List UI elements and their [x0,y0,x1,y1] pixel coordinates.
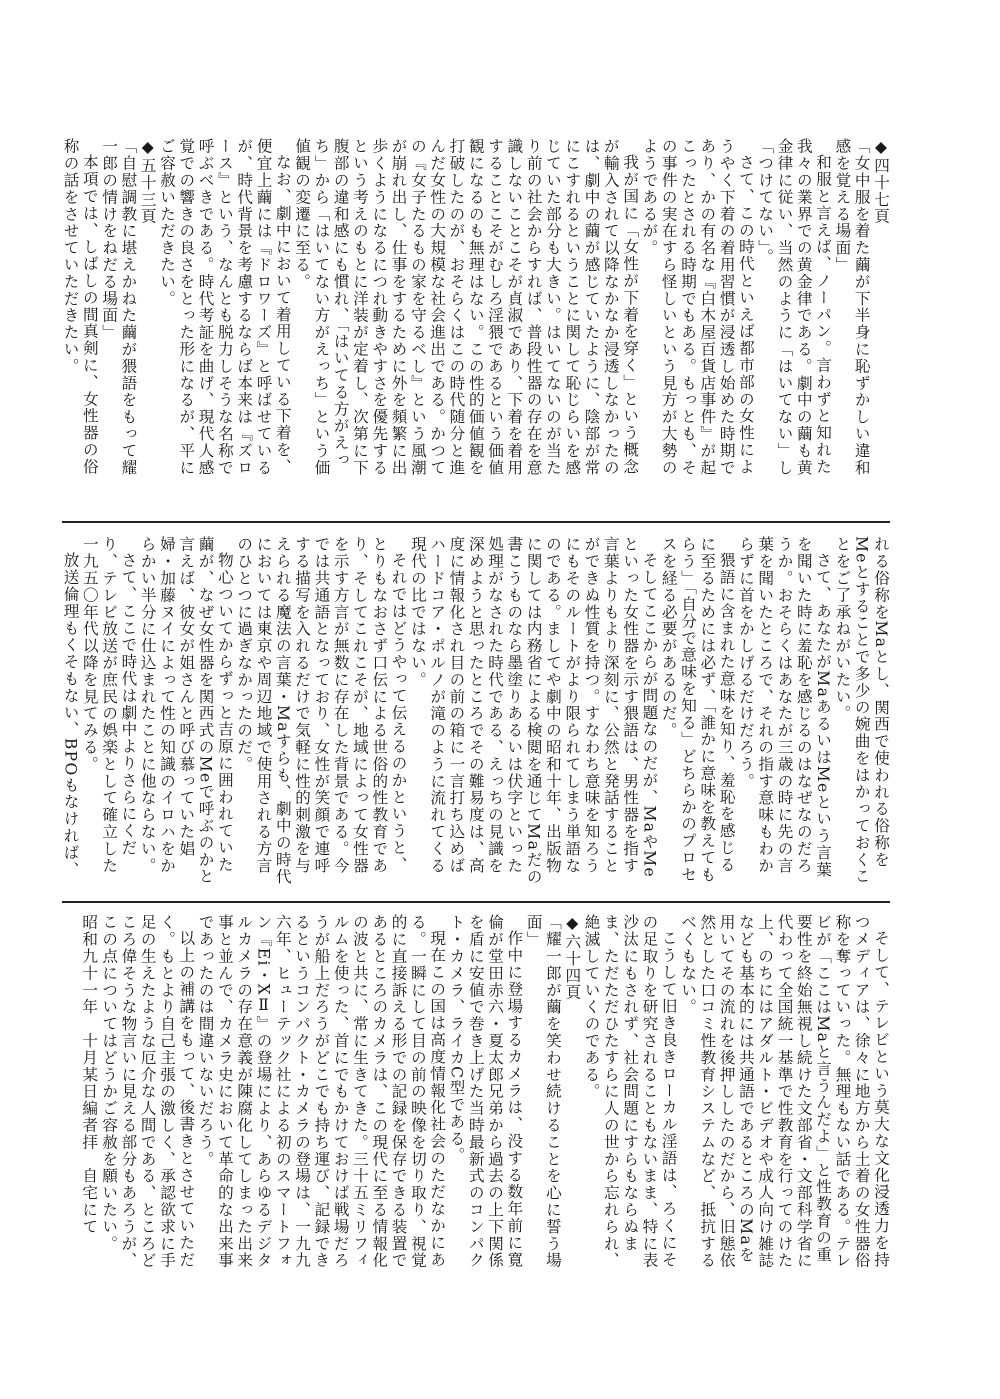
signature-place: 自宅にて [80,1168,98,1236]
heading-p64-page: ◆六十四頁 [562,914,581,1274]
paragraph: そして、テレビという莫大な文化浸透力を持つメディアは、徐々に地方から土着の女性器… [678,914,890,1274]
section-divider [62,901,890,903]
paragraph: さて、ここで時代は劇中よりさらにくだり、テレビ放送が庶民の娯楽として確立した一九… [80,536,138,888]
heading-p53-page: ◆五十三頁 [137,138,156,488]
paragraph: さて、あなたがMaあるいはMeという言葉を聞いた時に羞恥を感じるのはなぜなのだろ… [736,536,832,888]
heading-p64-title: 「耀一郎が繭を笑わせ続けることを心に誓う場面」 [523,914,562,1274]
paragraph: 物心ついてからずっと吉原に囲われていた繭が、なぜ女性器を関西式のMeで呼ぶのかと… [137,536,233,888]
section-middle: れる俗称をMaとし、関西で使われる俗称をMeとすることで多少の婉曲をはかっておく… [62,536,890,888]
signature: 昭和九十一年 十月某日編者拝 自宅にて [79,914,99,1274]
paragraph: 現在この国は高度情報化社会のただなかにある。一瞬にして目の前の映像を切り取り、視… [195,914,446,1274]
afterword-paragraph: 以上の補講をもって、後書きとさせていただく。もとより自己主張の激しく、承認欲求に… [99,914,195,1274]
paragraph: 猥語に含まれた意味を知り、羞恥を感じるに至るためには必ず、「誰かに意味を教えても… [658,536,735,888]
paragraph: 本項では、しばしの間真剣に、女性器の俗称の話をさせていただきたい。 [62,138,99,488]
paragraph: さて、この時代といえば都市部の女性にようやく下着の着用習慣が浸透し始めた時期であ… [639,138,755,488]
paragraph: 放送倫理もくそもない、BPOもなければ、あの倫理基本法の成立など想像すらできなか… [62,536,80,888]
document-page: ◆四十七頁 「女中服を着た繭が下半身に恥ずかしい違和感を覚える場面」 和服と言え… [0,0,1000,1399]
paragraph: 和服と言えば、ノーパン。言わずと知れた我々の業界での黄金律である。劇中の繭も黄金… [755,138,832,488]
section-bottom: そして、テレビという莫大な文化浸透力を持つメディアは、徐々に地方から土着の女性器… [62,914,890,1274]
paragraph: こうして旧き良きローカル淫語は、ろくにその足取りを研究されることもないまま、特に… [581,914,677,1274]
heading-p53-title: 「自慰調教に堪えかねた繭が猥語をもって耀一郎の情けをねだる場面」 [99,138,138,488]
heading-p47-title: 「女中服を着た繭が下半身に恥ずかしい違和感を覚える場面」 [832,138,871,488]
paragraph: 我が国に「女性が下着を穿く」という概念が輸入されて以降なかなか浸透しなかったのは… [292,138,639,488]
section-top: ◆四十七頁 「女中服を着た繭が下半身に恥ずかしい違和感を覚える場面」 和服と言え… [62,138,890,488]
paragraph: それではどうやって伝えるのかというと、とりもなおさず口伝による世俗的性教育であり… [234,536,408,888]
heading-p47-page: ◆四十七頁 [871,138,890,488]
paragraph: なお、劇中において着用している下着を、便宜上繭には『ドロワーズ』と呼ばせているが… [157,138,292,488]
signature-author: 編者拝 [80,1100,98,1151]
paragraph-continued: れる俗称をMaとし、関西で使われる俗称をMeとすることで多少の婉曲をはかっておく… [832,536,890,888]
paragraph: 作中に登場するカメラは、没する数年前に寛倫が堂田赤六・夏太郎兄弟から過去の上下関… [446,914,523,1274]
section-divider [62,521,890,523]
signature-date: 昭和九十一年 十月某日 [80,914,98,1100]
paragraph: そしてここからが問題なのだが、MaやMeといった女性器を示す猥語は、男性器を指す… [408,536,659,888]
